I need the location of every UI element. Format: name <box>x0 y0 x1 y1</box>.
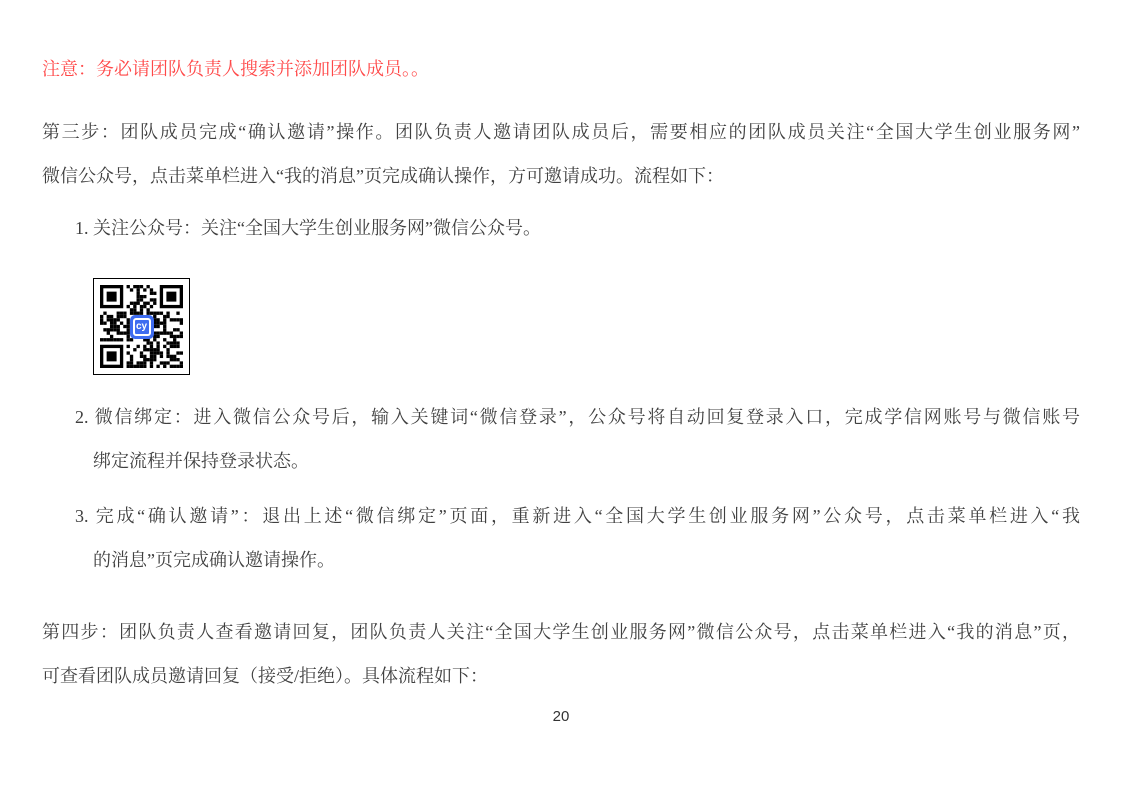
paragraph-step3-line1: 第三步：团队成员完成“确认邀请”操作。团队负责人邀请团队成员后，需要相应的团队成… <box>42 110 1080 154</box>
list-item-3-line1: 3. 完成“确认邀请”：退出上述“微信绑定”页面，重新进入“全国大学生创业服务网… <box>75 494 1080 538</box>
page-number: 20 <box>0 695 1122 739</box>
paragraph-step4: 第四步：团队负责人查看邀请回复，团队负责人关注“全国大学生创业服务网”微信公众号… <box>42 610 1080 698</box>
paragraph-step4-line1: 第四步：团队负责人查看邀请回复，团队负责人关注“全国大学生创业服务网”微信公众号… <box>42 610 1080 654</box>
qr-center-logo: cy <box>130 315 154 339</box>
paragraph-step4-line2: 可查看团队成员邀请回复（接受/拒绝）。具体流程如下： <box>42 654 1080 698</box>
list-item-2-line2: 绑定流程并保持登录状态。 <box>93 439 1080 483</box>
document-page: 注意：务必请团队负责人搜索并添加团队成员。。 第三步：团队成员完成“确认邀请”操… <box>0 0 1122 793</box>
list-item-3: 3. 完成“确认邀请”：退出上述“微信绑定”页面，重新进入“全国大学生创业服务网… <box>42 494 1080 582</box>
qr-logo-glyph: cy <box>133 318 151 336</box>
note-text: 注意：务必请团队负责人搜索并添加团队成员。。 <box>42 47 1080 91</box>
qr-code-image: cy <box>93 278 190 375</box>
list-item-2-line1: 2. 微信绑定：进入微信公众号后，输入关键词“微信登录”，公众号将自动回复登录入… <box>75 395 1080 439</box>
list-item-2: 2. 微信绑定：进入微信公众号后，输入关键词“微信登录”，公众号将自动回复登录入… <box>42 395 1080 483</box>
paragraph-step3: 第三步：团队成员完成“确认邀请”操作。团队负责人邀请团队成员后，需要相应的团队成… <box>42 110 1080 198</box>
paragraph-step3-line2: 微信公众号，点击菜单栏进入“我的消息”页完成确认操作，方可邀请成功。流程如下： <box>42 154 1080 198</box>
list-item-3-line2: 的消息”页完成确认邀请操作。 <box>93 538 1080 582</box>
list-item-1: 1. 关注公众号：关注“全国大学生创业服务网”微信公众号。 <box>42 206 1080 250</box>
list-item-1-line1: 1. 关注公众号：关注“全国大学生创业服务网”微信公众号。 <box>75 206 1080 250</box>
